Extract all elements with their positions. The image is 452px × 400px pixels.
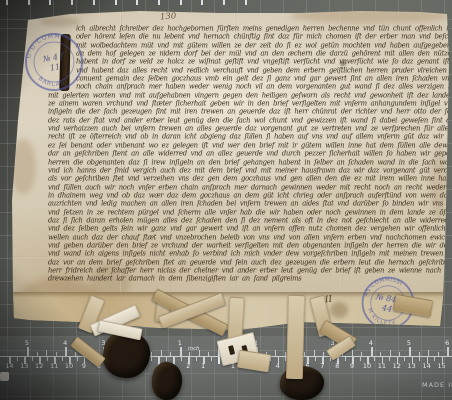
ruler-number: 11: [50, 362, 58, 370]
page-number: 130: [160, 11, 177, 22]
ruler-number: 4: [276, 362, 280, 370]
ruler-number: 9: [82, 362, 86, 370]
stamp-number: 44: [380, 302, 393, 314]
ruler-tick: [208, 352, 209, 356]
top-ruler-tick: [93, 0, 95, 5]
ruler-number: 7: [320, 362, 324, 370]
ruler-tick: [211, 357, 212, 361]
ruler-tick: [323, 352, 324, 356]
ruler-number: 8: [335, 362, 339, 370]
top-ruler-tick: [49, 0, 51, 5]
ruler-tick: [75, 352, 76, 356]
ruler-number: 6: [445, 339, 449, 347]
ruler-tick: [56, 352, 57, 356]
ruler-number: 1: [178, 339, 182, 347]
manuscript-text: ich albrecht ſchreiber dez hochgebornen …: [48, 24, 450, 283]
ruler-number: 13: [20, 362, 28, 370]
ruler-number: 12: [393, 362, 401, 370]
ruler-tick: [161, 350, 162, 356]
ruler-tick: [428, 350, 429, 356]
archive-photo-scene: 1234512345678910111213141234561234567891…: [0, 0, 452, 400]
parchment-tag: [286, 295, 305, 379]
ruler-tick: [314, 350, 315, 356]
ruler-end-mark: [0, 372, 9, 381]
ruler-number: 5: [25, 339, 29, 347]
ruler-tick: [360, 357, 361, 361]
stamp-number: 11: [49, 62, 61, 73]
top-ruler-tick: [115, 0, 117, 5]
ruler-tick: [180, 347, 182, 356]
ruler-tick: [151, 357, 152, 361]
top-ruler-tick: [136, 0, 138, 5]
archive-stamp-top-left: O·D·COMM BARLAS № 4 f 11: [17, 25, 91, 99]
ruler-tick: [419, 352, 420, 356]
ruler-tick: [447, 347, 449, 356]
ruler-number: 2: [186, 362, 190, 370]
ruler-tick: [404, 357, 405, 361]
top-ruler-tick: [28, 0, 30, 5]
ruler-tick: [409, 347, 411, 356]
ruler-number: 13: [408, 362, 416, 370]
ruler-number: 14: [5, 362, 13, 370]
wax-seal-left: [103, 331, 150, 378]
wax-seal-center-left: [152, 362, 182, 400]
ruler-number: 14: [422, 362, 430, 370]
ruler-tick: [361, 352, 362, 356]
ruler-tick: [62, 357, 63, 361]
made-in-label: MADE IN: [422, 381, 452, 389]
ruler-number: 9: [350, 362, 354, 370]
ruler-tick: [189, 352, 190, 356]
ruler-tick: [352, 350, 353, 356]
ruler-tick: [17, 357, 18, 361]
ruler-number: 15: [437, 362, 445, 370]
top-ruler-tick: [158, 0, 160, 5]
ruler-number: 11: [378, 362, 386, 370]
ruler-tick: [399, 352, 400, 356]
ruler-number: 10: [65, 362, 73, 370]
ruler-tick: [77, 357, 78, 361]
ruler-tick: [166, 357, 167, 361]
ruler-number: 12: [35, 362, 43, 370]
ruler-tick: [345, 357, 346, 361]
top-ruler-tick: [223, 0, 225, 5]
ruler-number: 10: [363, 362, 371, 370]
ruler-tick: [374, 357, 375, 361]
ruler-tick: [389, 357, 390, 361]
ruler-tick: [181, 357, 182, 361]
top-ruler-tick: [71, 0, 73, 5]
ruler-tick: [170, 352, 171, 356]
parchment-charter: 130 ich albrecht ſchreiber dez hochgebor…: [10, 9, 450, 330]
ruler-tick: [151, 352, 152, 356]
ruler-tick: [390, 350, 391, 356]
ruler-tick: [37, 352, 38, 356]
ruler-tick: [304, 352, 305, 356]
ruler-tick: [419, 357, 420, 361]
top-ruler-tick: [201, 0, 203, 5]
top-ruler-tick: [180, 0, 182, 5]
ruler-number: 4: [369, 339, 373, 347]
stain: [330, 302, 348, 318]
top-ruler-ticks: [0, 0, 452, 8]
ruler-tick: [438, 352, 439, 356]
ruler-tick: [32, 357, 33, 361]
manuscript-line: drewzehen hundert iar darnach in dem ſib…: [48, 274, 305, 283]
ruler-tick: [46, 350, 47, 356]
ruler-number: 1: [201, 362, 205, 370]
ruler-tick: [434, 357, 435, 361]
ruler-tick: [27, 347, 29, 356]
ruler-tick: [196, 357, 197, 361]
ruler-number: 5: [407, 339, 411, 347]
manuscript-line: als vor geſchriben ſtet vnd verzeihen vn…: [48, 174, 450, 183]
ruler-tick: [371, 347, 373, 356]
ruler-tick: [47, 357, 48, 361]
ruler-tick: [315, 357, 316, 361]
ruler-number: 4: [63, 339, 67, 347]
manuscript-line: dar an geſchriben ſtent an alle widerred…: [48, 149, 450, 158]
ruler-tick: [275, 350, 276, 356]
top-ruler-tick: [6, 0, 8, 5]
ruler-tick: [380, 352, 381, 356]
ruler-tick: [65, 347, 67, 356]
inch-label: inch: [188, 346, 200, 352]
tag-slit-hole: [228, 345, 235, 355]
ruler-tick: [218, 357, 220, 364]
top-ruler-tick: [245, 0, 247, 5]
